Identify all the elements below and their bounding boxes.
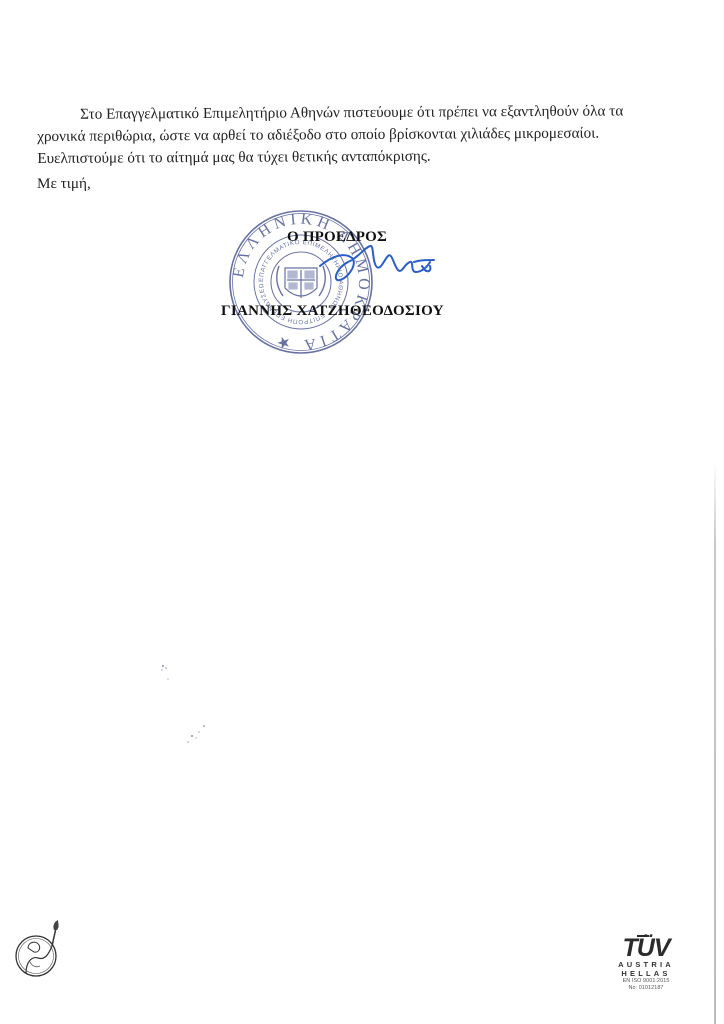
tuv-line-hellas: HELLAS — [604, 969, 688, 978]
signatory-name: ΓΙΑΝΝΗΣ ΧΑΤΖΗΘΕΟΔΟΣΙΟΥ — [221, 303, 444, 320]
handwritten-signature-icon — [318, 238, 438, 288]
scan-speck — [184, 720, 214, 750]
closing-salutation: Με τιμή, — [37, 175, 91, 193]
certification-logo: TÜV AUSTRIA HELLAS EN ISO 9001:2015 No: … — [604, 936, 688, 992]
scan-speck — [158, 662, 174, 684]
certificate-number: No: 01012187 — [604, 985, 688, 992]
iso-standard: EN ISO 9001:2015 — [604, 978, 688, 985]
scan-edge-line — [714, 460, 716, 1024]
paragraph-line: Στο Επαγγελματικό Επιμελητήριο Αθηνών πι… — [37, 100, 717, 126]
document-page: Στο Επαγγελματικό Επιμελητήριο Αθηνών πι… — [0, 0, 724, 1024]
prometheus-medallion-icon — [14, 918, 66, 980]
paragraph-line: Ευελπιστούμε ότι το αίτημά μας θα τύχει … — [37, 144, 717, 170]
tuv-brand-mark: TÜV — [604, 936, 688, 960]
letter-body: Στο Επαγγελματικό Επιμελητήριο Αθηνών πι… — [37, 100, 717, 170]
